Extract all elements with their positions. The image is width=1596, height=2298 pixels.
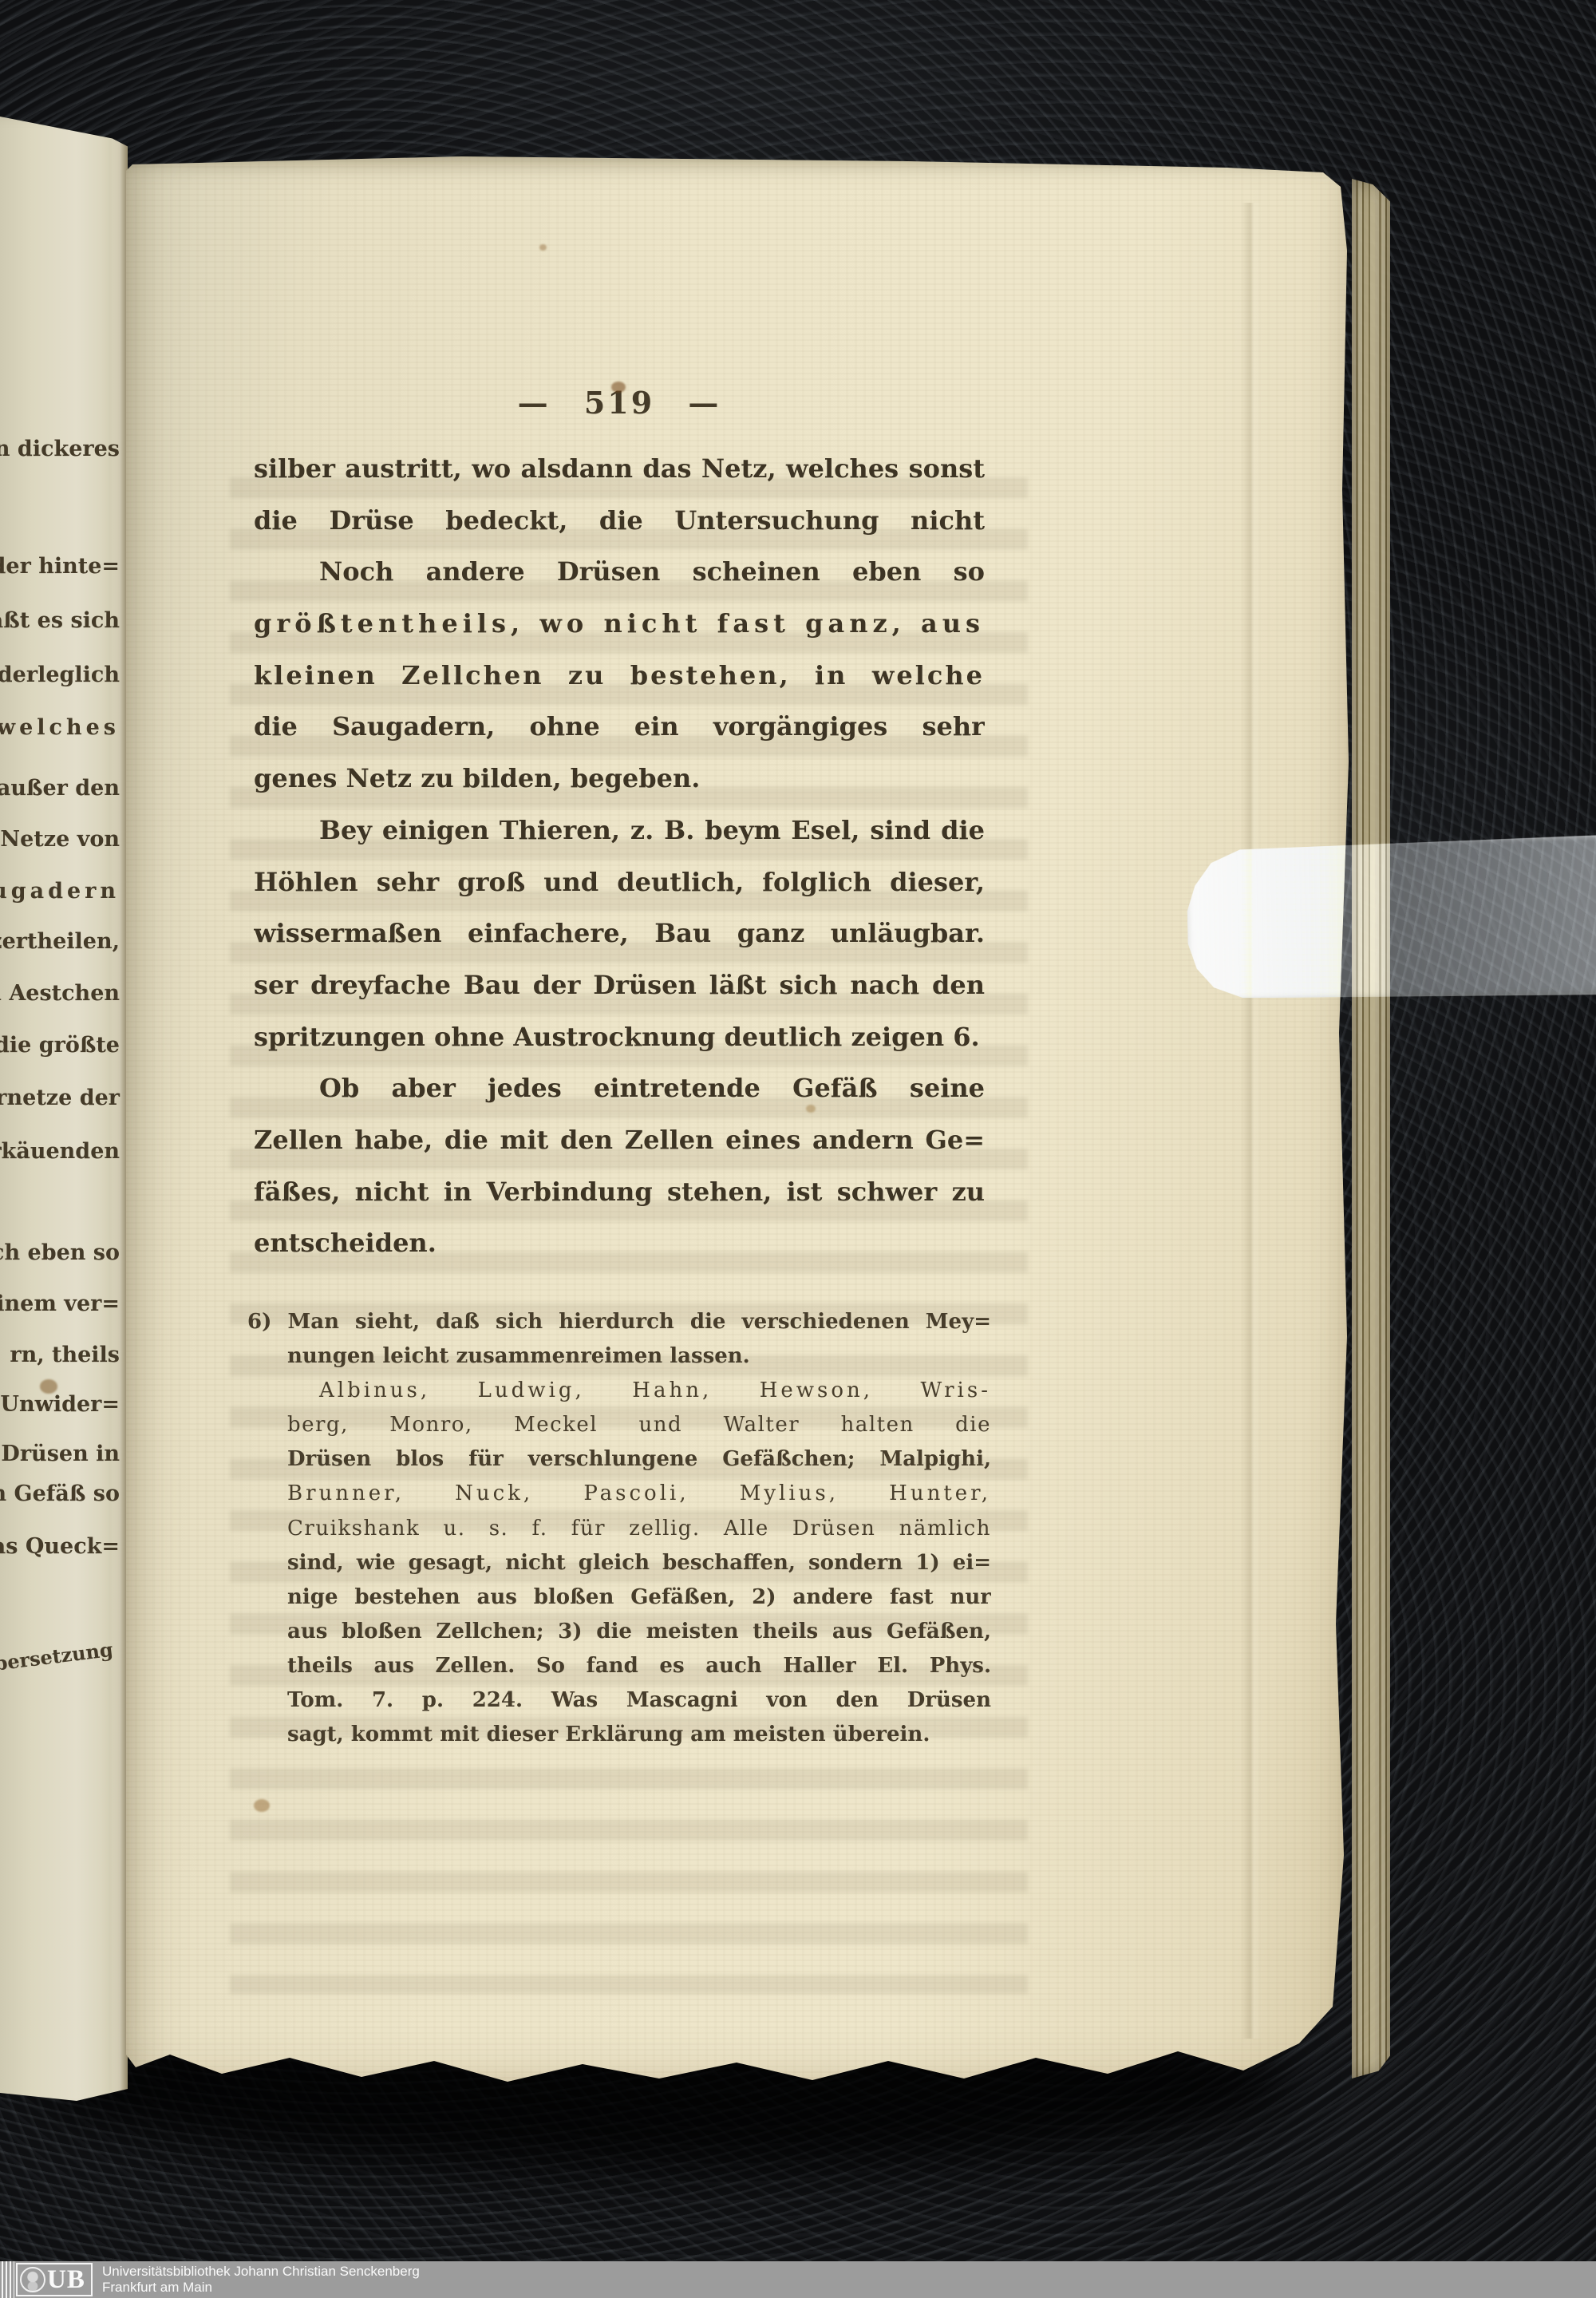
book-page: — 519 — silber austritt, wo alsdann das … bbox=[126, 155, 1358, 2101]
stain bbox=[254, 1799, 270, 1812]
margin-fragment: Unwider= bbox=[0, 1387, 120, 1422]
footnote-line: 6) Man sieht, daß sich hierdurch die ver… bbox=[247, 1305, 991, 1339]
footnote-line: theils aus Zellen. So fand es auch Halle… bbox=[247, 1649, 991, 1683]
previous-page-edge: ein dickeresöhle der hinte=n läßt es sic… bbox=[0, 117, 128, 2109]
margin-fragment: erkäuenden bbox=[0, 1134, 120, 1169]
margin-fragment: ein Gefäß so bbox=[0, 1477, 120, 1512]
main-text-line: silber austritt, wo alsdann das Netz, we… bbox=[254, 443, 985, 495]
footnote-line: Tom. 7. p. 224. Was Mascagni von den Drü… bbox=[247, 1683, 991, 1718]
library-name: Universitätsbibliothek Johann Christian … bbox=[102, 2264, 420, 2280]
footnote-line: berg, Monro, Meckel und Walter halten di… bbox=[247, 1408, 991, 1442]
footnote-line: Albinus, Ludwig, Hahn, Hewson, Wris- bbox=[247, 1374, 991, 1408]
stain bbox=[539, 244, 547, 251]
footnote-line: Cruikshank u. s. f. für zellig. Alle Drü… bbox=[247, 1512, 991, 1546]
library-location: Frankfurt am Main bbox=[102, 2280, 420, 2296]
ub-logo: UB bbox=[16, 2263, 93, 2296]
main-text-line: Zellen habe, die mit den Zellen eines an… bbox=[254, 1114, 985, 1166]
main-text-line: Noch andere Drüsen scheinen eben so offe… bbox=[254, 546, 985, 598]
margin-fragment: Drüsen in bbox=[1, 1437, 120, 1472]
main-text-line: fäßes, nicht in Verbindung stehen, ist s… bbox=[254, 1166, 985, 1218]
stain bbox=[40, 1379, 57, 1394]
margin-fragment: die größte bbox=[0, 1028, 120, 1063]
margin-fragment: rn Aestchen bbox=[0, 976, 120, 1011]
margin-fragment: te zertheilen, bbox=[0, 924, 120, 959]
main-text-line: genes Netz zu bilden, begeben. bbox=[254, 753, 985, 805]
footnote-line: nungen leicht zusammenreimen lassen. bbox=[247, 1339, 991, 1374]
ub-portrait-icon bbox=[20, 2267, 45, 2292]
main-text-line: kleinen Zellchen zu bestehen, in welche … bbox=[254, 650, 985, 702]
margin-fragment: , außer den bbox=[0, 771, 120, 806]
footnote-line: Drüsen blos für verschlungene Gefäßchen;… bbox=[247, 1442, 991, 1477]
margin-fragment: n Netze von bbox=[0, 822, 120, 857]
ub-logo-text: UB bbox=[47, 2264, 85, 2295]
footnote-block: 6) Man sieht, daß sich hierdurch die ver… bbox=[247, 1305, 991, 1752]
stain bbox=[611, 382, 626, 393]
margin-fragment: das Queck= bbox=[0, 1529, 120, 1564]
library-footer-bar: UB Universitätsbibliothek Johann Christi… bbox=[0, 2261, 1596, 2298]
main-text-line: Höhlen sehr groß und deutlich, folglich … bbox=[254, 856, 985, 908]
footnote-line: aus bloßen Zellchen; 3) die meisten thei… bbox=[247, 1615, 991, 1649]
margin-fragment: n läßt es sich bbox=[0, 603, 120, 639]
main-text-line: ser dreyfache Bau der Drüsen läßt sich n… bbox=[254, 959, 985, 1011]
margin-fragment: öhle der hinte= bbox=[0, 549, 120, 584]
stain bbox=[806, 1105, 816, 1113]
margin-fragment: augadern bbox=[0, 874, 120, 909]
page-crease bbox=[1242, 203, 1262, 2039]
main-text-line: entscheiden. bbox=[254, 1217, 985, 1269]
library-footer-text: Universitätsbibliothek Johann Christian … bbox=[102, 2264, 420, 2296]
footnote-line: Brunner, Nuck, Pascoli, Mylius, Hunter, bbox=[247, 1477, 991, 1511]
main-text-line: die Drüse bedeckt, die Untersuchung nich… bbox=[254, 495, 985, 547]
margin-fragment: Uebersetzung bbox=[0, 1632, 115, 1685]
main-text-line: spritzungen ohne Austrocknung deutlich z… bbox=[254, 1011, 985, 1063]
main-text: silber austritt, wo alsdann das Netz, we… bbox=[254, 443, 985, 1269]
margin-fragment: ich eben so bbox=[0, 1236, 120, 1271]
plastic-bookmark bbox=[1186, 835, 1596, 1004]
footnote-line: sind, wie gesagt, nicht gleich beschaffe… bbox=[247, 1546, 991, 1580]
margin-fragment: ein dickeres bbox=[0, 432, 120, 467]
margin-fragment: rn, theils bbox=[10, 1338, 120, 1373]
book-scan: ein dickeresöhle der hinte=n läßt es sic… bbox=[0, 0, 1596, 2298]
main-text-line: Bey einigen Thieren, z. B. beym Esel, si… bbox=[254, 805, 985, 856]
margin-fragment: ernetze der bbox=[0, 1081, 120, 1116]
footnote-line: nige bestehen aus bloßen Gefäßen, 2) and… bbox=[247, 1580, 991, 1615]
ub-logo-lines-icon bbox=[2, 2261, 14, 2298]
margin-fragment: unwiderleglich bbox=[0, 658, 120, 693]
margin-fragment: inem ver= bbox=[0, 1287, 120, 1322]
main-text-line: Ob aber jedes eintretende Gefäß seine be… bbox=[254, 1062, 985, 1114]
footnote-line: sagt, kommt mit dieser Erklärung am meis… bbox=[247, 1718, 991, 1752]
main-text-line: die Saugadern, ohne ein vorgängiges sehr… bbox=[254, 701, 985, 753]
page-stack-edge bbox=[1352, 179, 1390, 2078]
margin-fragment: hen, welches bbox=[0, 710, 120, 746]
main-text-line: größtentheils, wo nicht fast ganz, aus bbox=[254, 598, 985, 650]
main-text-line: wissermaßen einfachere, Bau ganz unläugb… bbox=[254, 908, 985, 959]
